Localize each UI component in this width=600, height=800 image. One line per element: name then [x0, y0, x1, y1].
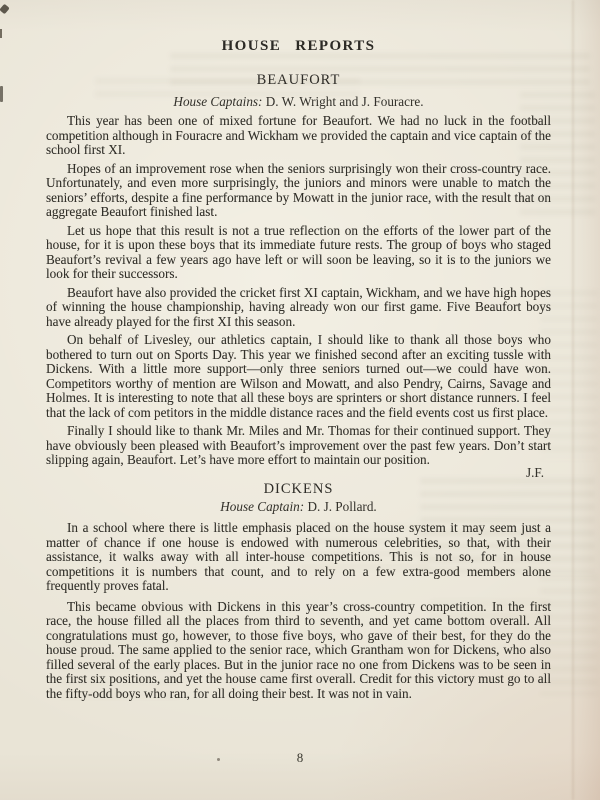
page-number: 8 [0, 750, 600, 766]
house-captain-names: D. J. Pollard. [307, 499, 376, 514]
paragraph: Finally I should like to thank Mr. Miles… [46, 424, 551, 468]
scan-speck [0, 29, 2, 38]
section-heading-dickens: DICKENS [46, 481, 551, 498]
section-dickens: DICKENS House Captain: D. J. Pollard. In… [46, 481, 551, 701]
house-captain-label: House Captain: [220, 499, 304, 514]
paragraph: Let us hope that this result is not a tr… [46, 224, 551, 282]
house-captains-label: House Captains: [173, 94, 262, 109]
scanned-page: HOUSE REPORTS BEAUFORT House Captains: D… [0, 0, 600, 800]
signature: J.F. [46, 466, 551, 481]
scan-speck [0, 86, 3, 102]
paragraph: This became obvious with Dickens in this… [46, 600, 551, 702]
paragraph: Beaufort have also provided the cricket … [46, 286, 551, 330]
section-beaufort: BEAUFORT House Captains: D. W. Wright an… [46, 72, 551, 480]
paragraph: Hopes of an improvement rose when the se… [46, 162, 551, 220]
section-heading-beaufort: BEAUFORT [46, 72, 551, 89]
paragraph: In a school where there is little emphas… [46, 521, 551, 594]
house-captains-line: House Captains: D. W. Wright and J. Four… [46, 94, 551, 110]
scan-speck [0, 4, 10, 15]
page-edge-shadow [572, 0, 574, 800]
paragraph: This year has been one of mixed fortune … [46, 114, 551, 158]
house-captains-names: D. W. Wright and J. Fouracre. [266, 94, 424, 109]
text-column: HOUSE REPORTS BEAUFORT House Captains: D… [46, 0, 551, 701]
paragraph: On behalf of Livesley, our athletics cap… [46, 333, 551, 420]
page-title: HOUSE REPORTS [46, 38, 551, 55]
house-captain-line: House Captain: D. J. Pollard. [46, 499, 551, 515]
